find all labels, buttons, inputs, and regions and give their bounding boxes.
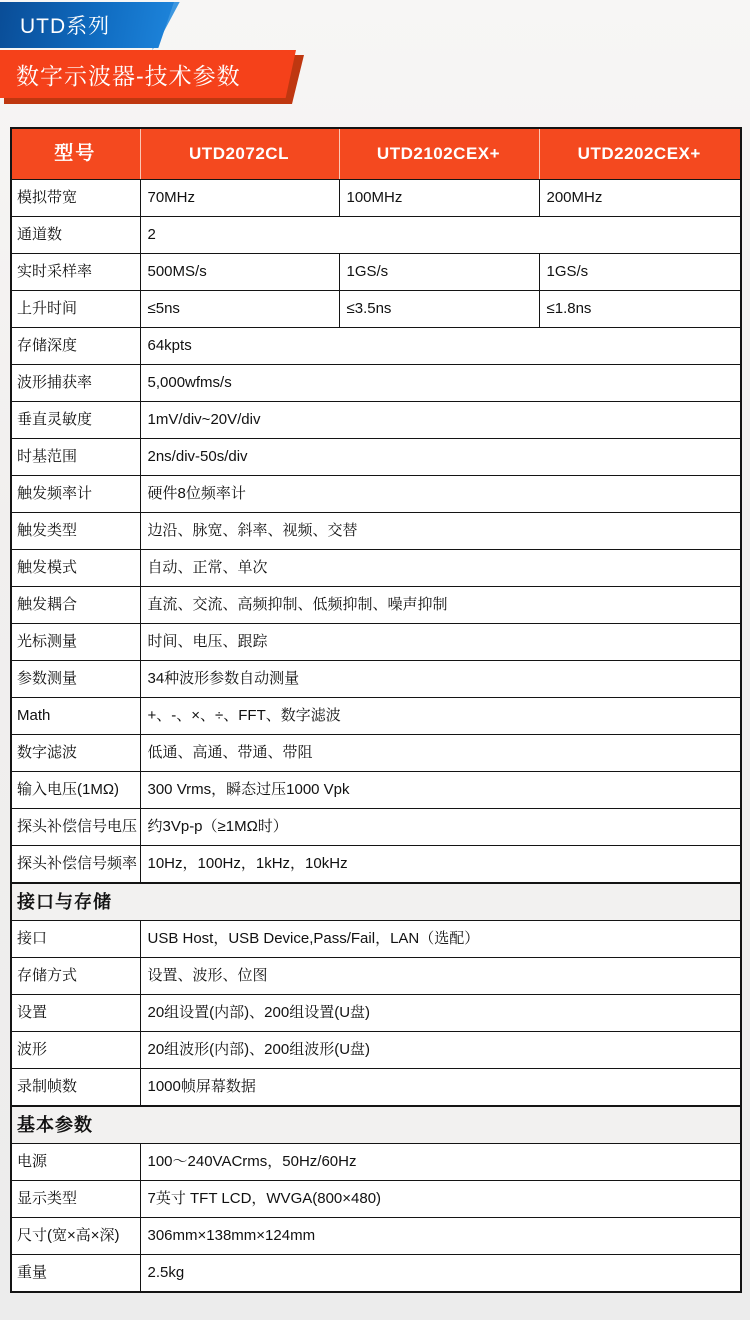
spec-label-cell: 触发类型	[11, 513, 140, 550]
spec-label-cell: 时基范围	[11, 439, 140, 476]
spec-label-cell: 实时采样率	[11, 254, 140, 291]
spec-label-cell: 输入电压(1MΩ)	[11, 772, 140, 809]
spec-label-cell: 触发耦合	[11, 587, 140, 624]
spec-value-cell: 自动、正常、单次	[140, 550, 741, 587]
spec-row: 显示类型7英寸 TFT LCD，WVGA(800×480)	[11, 1181, 741, 1218]
spec-value-cell: ≤5ns	[140, 291, 339, 328]
spec-value-cell: 7英寸 TFT LCD，WVGA(800×480)	[140, 1181, 741, 1218]
spec-label-cell: 显示类型	[11, 1181, 140, 1218]
spec-row: 触发类型边沿、脉宽、斜率、视频、交替	[11, 513, 741, 550]
spec-value-cell: 64kpts	[140, 328, 741, 365]
spec-row: 波形捕获率5,000wfms/s	[11, 365, 741, 402]
spec-label-cell: 触发模式	[11, 550, 140, 587]
spec-label-cell: 数字滤波	[11, 735, 140, 772]
spec-value-cell: 硬件8位频率计	[140, 476, 741, 513]
spec-row: 设置20组设置(内部)、200组设置(U盘)	[11, 995, 741, 1032]
spec-value-cell: 时间、电压、跟踪	[140, 624, 741, 661]
model-name: UTD2202CEX+	[539, 128, 741, 180]
spec-table-header: 型号 UTD2072CL UTD2102CEX+ UTD2202CEX+	[11, 128, 741, 180]
spec-row: 重量2.5kg	[11, 1255, 741, 1293]
spec-label-cell: 探头补偿信号电压	[11, 809, 140, 846]
spec-row: 实时采样率500MS/s1GS/s1GS/s	[11, 254, 741, 291]
spec-table: 型号 UTD2072CL UTD2102CEX+ UTD2202CEX+ 模拟带…	[10, 127, 742, 1293]
spec-label-cell: 接口	[11, 921, 140, 958]
spec-value-cell: 10Hz，100Hz，1kHz，10kHz	[140, 846, 741, 884]
spec-value-cell: 20组波形(内部)、200组波形(U盘)	[140, 1032, 741, 1069]
spec-row: 触发耦合直流、交流、高频抑制、低频抑制、噪声抑制	[11, 587, 741, 624]
spec-row: 探头补偿信号频率10Hz，100Hz，1kHz，10kHz	[11, 846, 741, 884]
spec-row: 上升时间≤5ns≤3.5ns≤1.8ns	[11, 291, 741, 328]
spec-row: 电源100～240VACrms，50Hz/60Hz	[11, 1144, 741, 1181]
spec-label-cell: 光标测量	[11, 624, 140, 661]
page-subtitle: 数字示波器-技术参数	[0, 58, 241, 91]
spec-label-cell: 上升时间	[11, 291, 140, 328]
spec-value-cell: 300 Vrms，瞬态过压1000 Vpk	[140, 772, 741, 809]
spec-value-cell: 100～240VACrms，50Hz/60Hz	[140, 1144, 741, 1181]
spec-value-cell: 1GS/s	[339, 254, 539, 291]
spec-value-cell: 1mV/div~20V/div	[140, 402, 741, 439]
model-name: UTD2072CL	[140, 128, 339, 180]
spec-value-cell: 500MS/s	[140, 254, 339, 291]
spec-label-cell: 存储深度	[11, 328, 140, 365]
spec-row: 尺寸(宽×高×深)306mm×138mm×124mm	[11, 1218, 741, 1255]
spec-value-cell: 2	[140, 217, 741, 254]
spec-label-cell: 重量	[11, 1255, 140, 1293]
spec-row: 模拟带宽70MHz100MHz200MHz	[11, 180, 741, 217]
spec-value-cell: 100MHz	[339, 180, 539, 217]
spec-label-cell: 波形捕获率	[11, 365, 140, 402]
spec-value-cell: 边沿、脉宽、斜率、视频、交替	[140, 513, 741, 550]
spec-value-cell: 306mm×138mm×124mm	[140, 1218, 741, 1255]
spec-label-cell: 录制帧数	[11, 1069, 140, 1107]
spec-value-cell: 约3Vp-p（≥1MΩ时）	[140, 809, 741, 846]
spec-row: 基本参数	[11, 1106, 741, 1144]
spec-label-cell: 设置	[11, 995, 140, 1032]
spec-row: 存储深度64kpts	[11, 328, 741, 365]
spec-row: 存储方式设置、波形、位图	[11, 958, 741, 995]
spec-row: 数字滤波低通、高通、带通、带阻	[11, 735, 741, 772]
section-title: 基本参数	[11, 1106, 741, 1144]
spec-label-cell: Math	[11, 698, 140, 735]
spec-value-cell: 2.5kg	[140, 1255, 741, 1293]
spec-value-cell: 1GS/s	[539, 254, 741, 291]
spec-value-cell: ≤1.8ns	[539, 291, 741, 328]
spec-row: 波形20组波形(内部)、200组波形(U盘)	[11, 1032, 741, 1069]
spec-row: Math+、-、×、÷、FFT、数字滤波	[11, 698, 741, 735]
spec-value-cell: +、-、×、÷、FFT、数字滤波	[140, 698, 741, 735]
spec-row: 参数测量34种波形参数自动测量	[11, 661, 741, 698]
spec-row: 探头补偿信号电压约3Vp-p（≥1MΩ时）	[11, 809, 741, 846]
spec-value-cell: 200MHz	[539, 180, 741, 217]
spec-label-cell: 存储方式	[11, 958, 140, 995]
spec-value-cell: 低通、高通、带通、带阻	[140, 735, 741, 772]
spec-value-cell: 20组设置(内部)、200组设置(U盘)	[140, 995, 741, 1032]
spec-value-cell: 2ns/div-50s/div	[140, 439, 741, 476]
spec-label-cell: 触发频率计	[11, 476, 140, 513]
spec-value-cell: 1000帧屏幕数据	[140, 1069, 741, 1107]
model-header-label: 型号	[11, 128, 140, 180]
spec-value-cell: 70MHz	[140, 180, 339, 217]
spec-row: 时基范围2ns/div-50s/div	[11, 439, 741, 476]
spec-row: 光标测量时间、电压、跟踪	[11, 624, 741, 661]
spec-label-cell: 模拟带宽	[11, 180, 140, 217]
spec-value-cell: 5,000wfms/s	[140, 365, 741, 402]
subtitle-ribbon: 数字示波器-技术参数	[0, 50, 296, 98]
spec-row: 接口与存储	[11, 883, 741, 921]
series-ribbon: UTD系列	[0, 2, 174, 48]
spec-label-cell: 垂直灵敏度	[11, 402, 140, 439]
spec-label-cell: 波形	[11, 1032, 140, 1069]
model-header-row: 型号 UTD2072CL UTD2102CEX+ UTD2202CEX+	[11, 128, 741, 180]
series-title: UTD系列	[0, 10, 110, 40]
spec-value-cell: 34种波形参数自动测量	[140, 661, 741, 698]
spec-row: 垂直灵敏度1mV/div~20V/div	[11, 402, 741, 439]
section-title: 接口与存储	[11, 883, 741, 921]
spec-row: 录制帧数1000帧屏幕数据	[11, 1069, 741, 1107]
spec-label-cell: 电源	[11, 1144, 140, 1181]
spec-row: 触发频率计硬件8位频率计	[11, 476, 741, 513]
spec-value-cell: 直流、交流、高频抑制、低频抑制、噪声抑制	[140, 587, 741, 624]
spec-label-cell: 探头补偿信号频率	[11, 846, 140, 884]
spec-label-cell: 参数测量	[11, 661, 140, 698]
spec-value-cell: 设置、波形、位图	[140, 958, 741, 995]
spec-value-cell: ≤3.5ns	[339, 291, 539, 328]
spec-table-body: 模拟带宽70MHz100MHz200MHz通道数2实时采样率500MS/s1GS…	[11, 180, 741, 1293]
spec-label-cell: 尺寸(宽×高×深)	[11, 1218, 140, 1255]
spec-row: 接口USB Host，USB Device,Pass/Fail，LAN（选配）	[11, 921, 741, 958]
spec-row: 输入电压(1MΩ)300 Vrms，瞬态过压1000 Vpk	[11, 772, 741, 809]
spec-label-cell: 通道数	[11, 217, 140, 254]
spec-value-cell: USB Host，USB Device,Pass/Fail，LAN（选配）	[140, 921, 741, 958]
model-name: UTD2102CEX+	[339, 128, 539, 180]
spec-row: 触发模式自动、正常、单次	[11, 550, 741, 587]
spec-row: 通道数2	[11, 217, 741, 254]
